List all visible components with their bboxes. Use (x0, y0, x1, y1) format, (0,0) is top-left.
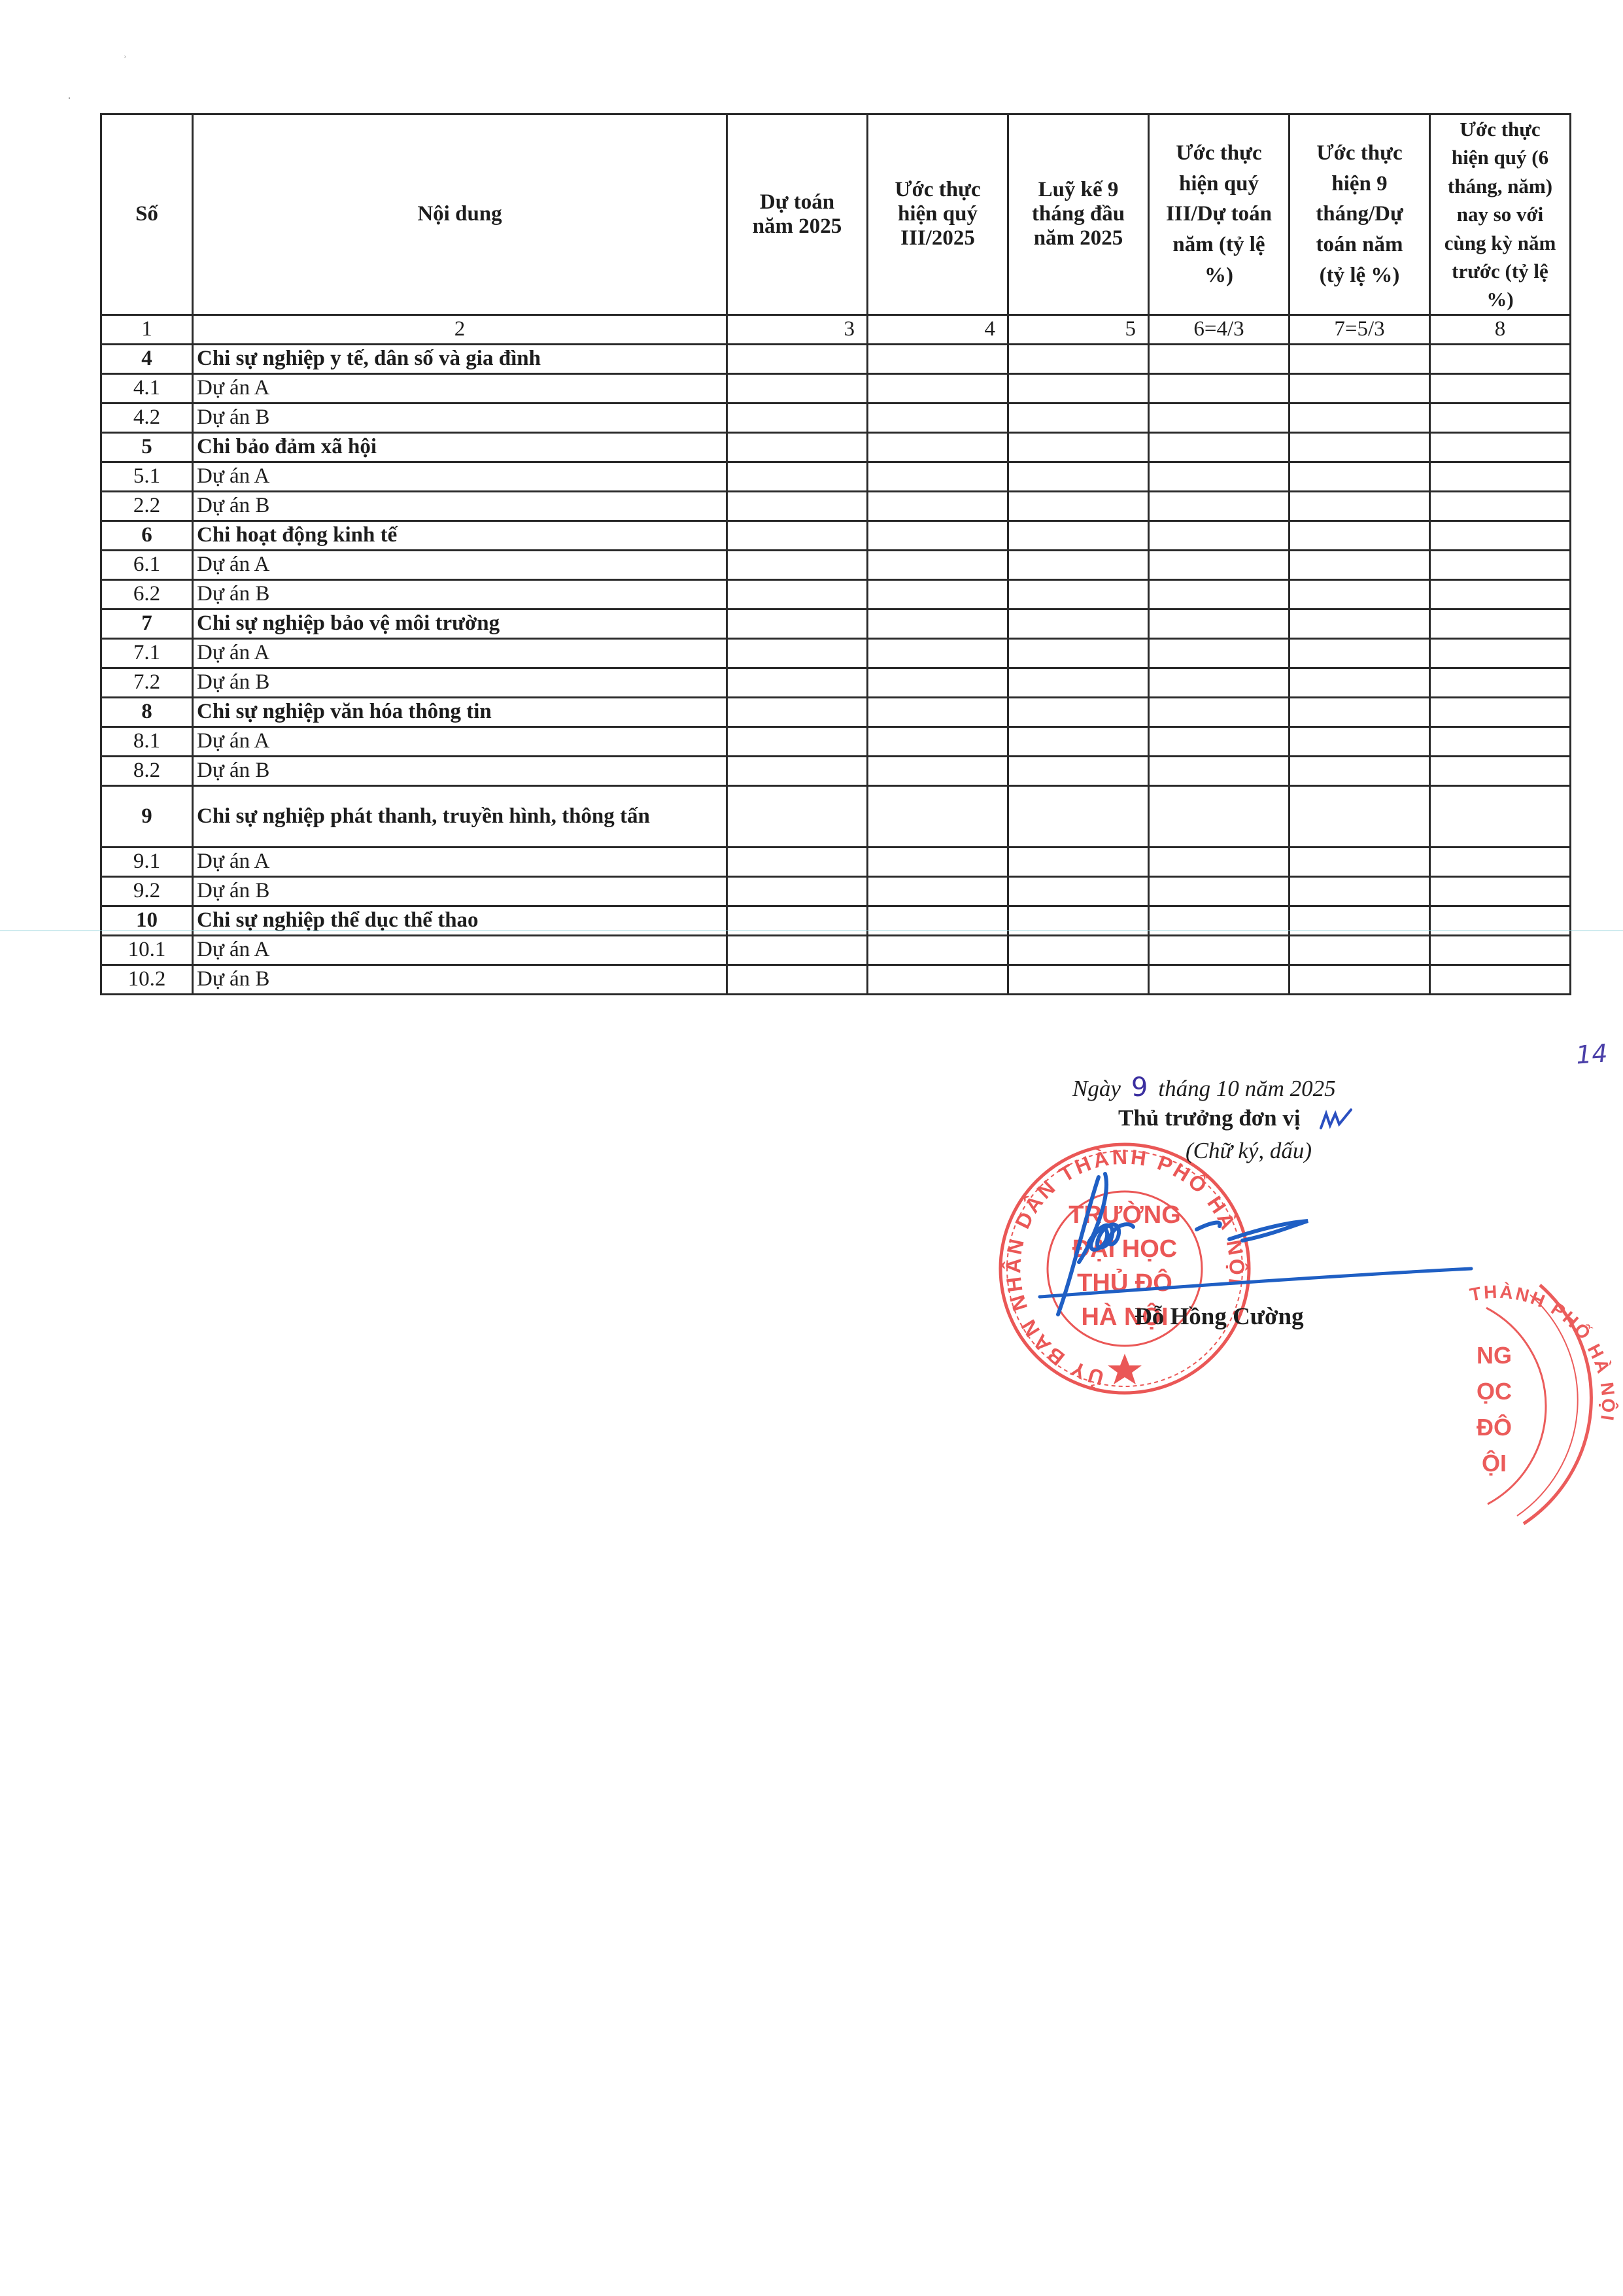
row-number: 6 (101, 521, 193, 550)
row-project: Dự án A (193, 462, 727, 491)
value-cell (1430, 638, 1571, 668)
date-day-handwritten: 9 (1121, 1072, 1158, 1103)
row-category: Chi sự nghiệp văn hóa thông tin (193, 697, 727, 727)
header-ty-le-quy-du-toan: Ước thựchiện quýIII/Dự toánnăm (tỷ lệ%) (1149, 114, 1290, 315)
value-cell (1008, 462, 1149, 491)
table-row: 6.2Dự án B (101, 579, 1571, 609)
value-cell (727, 609, 868, 638)
initials-mark-icon (1321, 1110, 1351, 1128)
value-cell (1430, 668, 1571, 697)
value-cell (1430, 373, 1571, 403)
value-cell (1290, 344, 1430, 373)
value-cell (868, 935, 1008, 965)
value-cell (868, 727, 1008, 756)
value-cell (1149, 432, 1290, 462)
value-cell (868, 965, 1008, 994)
value-cell (868, 756, 1008, 785)
header-so: Số (101, 114, 193, 315)
value-cell (868, 432, 1008, 462)
value-cell (1008, 668, 1149, 697)
value-cell (1430, 491, 1571, 521)
column-index: 2 (193, 315, 727, 344)
value-cell (1149, 609, 1290, 638)
column-index: 6=4/3 (1149, 315, 1290, 344)
value-cell (727, 876, 868, 906)
value-cell (1430, 965, 1571, 994)
row-project: Dự án A (193, 638, 727, 668)
value-cell (1149, 403, 1290, 432)
table-row: 6Chi hoạt động kinh tế (101, 521, 1571, 550)
value-cell (1149, 550, 1290, 579)
table-row: 4Chi sự nghiệp y tế, dân số và gia đình (101, 344, 1571, 373)
partial-stamp-icon: THÀNH PHỐ HÀ NỘI NGỌCĐÔỘI (1468, 1282, 1619, 1524)
signer-title: Thủ trưởng đơn vị (1118, 1105, 1301, 1131)
value-cell (868, 521, 1008, 550)
signature-date: Ngày9tháng 10 năm 2025 (1072, 1072, 1336, 1103)
value-cell (1149, 373, 1290, 403)
date-prefix: Ngày (1072, 1076, 1121, 1101)
value-cell (1430, 847, 1571, 876)
svg-text:ỦY BAN NHÂN DÂN THÀNH PHỐ HÀ N: ỦY BAN NHÂN DÂN THÀNH PHỐ HÀ NỘI (1001, 1145, 1248, 1390)
table-row: 5Chi bảo đảm xã hội (101, 432, 1571, 462)
value-cell (1149, 638, 1290, 668)
value-cell (868, 609, 1008, 638)
row-project: Dự án B (193, 579, 727, 609)
row-number: 2.2 (101, 491, 193, 521)
value-cell (1290, 785, 1430, 847)
column-index-row: 1 2 3 4 5 6=4/3 7=5/3 8 (101, 315, 1571, 344)
value-cell (1149, 727, 1290, 756)
table-row: 7.1Dự án A (101, 638, 1571, 668)
value-cell (1149, 521, 1290, 550)
column-index: 8 (1430, 315, 1571, 344)
row-number: 10.2 (101, 965, 193, 994)
row-project: Dự án B (193, 876, 727, 906)
value-cell (1290, 727, 1430, 756)
row-number: 4.2 (101, 403, 193, 432)
value-cell (1430, 403, 1571, 432)
table-row: 4.1Dự án A (101, 373, 1571, 403)
header-ty-le-cung-ky: Ước thựchiện quý (6tháng, năm)nay so với… (1430, 114, 1571, 315)
value-cell (868, 550, 1008, 579)
row-project: Dự án B (193, 491, 727, 521)
column-index: 7=5/3 (1290, 315, 1430, 344)
table-row: 9Chi sự nghiệp phát thanh, truyền hình, … (101, 785, 1571, 847)
value-cell (1149, 344, 1290, 373)
value-cell (727, 550, 868, 579)
row-category: Chi sự nghiệp bảo vệ môi trường (193, 609, 727, 638)
handwritten-signature-icon (1040, 1174, 1471, 1314)
row-project: Dự án B (193, 668, 727, 697)
value-cell (1290, 403, 1430, 432)
table-row: 4.2Dự án B (101, 403, 1571, 432)
value-cell (727, 965, 868, 994)
row-project: Dự án A (193, 727, 727, 756)
row-number: 8.1 (101, 727, 193, 756)
value-cell (1290, 491, 1430, 521)
value-cell (1290, 373, 1430, 403)
table-row: 9.2Dự án B (101, 876, 1571, 906)
row-number: 7.2 (101, 668, 193, 697)
row-number: 9.2 (101, 876, 193, 906)
value-cell (1008, 638, 1149, 668)
value-cell (1149, 756, 1290, 785)
row-project: Dự án B (193, 965, 727, 994)
table-row: 8.2Dự án B (101, 756, 1571, 785)
row-project: Dự án A (193, 847, 727, 876)
value-cell (727, 403, 868, 432)
value-cell (1008, 785, 1149, 847)
value-cell (1008, 521, 1149, 550)
value-cell (727, 521, 868, 550)
table-row: 8Chi sự nghiệp văn hóa thông tin (101, 697, 1571, 727)
value-cell (1430, 785, 1571, 847)
value-cell (1430, 344, 1571, 373)
row-category: Chi bảo đảm xã hội (193, 432, 727, 462)
value-cell (727, 697, 868, 727)
value-cell (1290, 550, 1430, 579)
row-project: Dự án B (193, 403, 727, 432)
row-number: 9 (101, 785, 193, 847)
stamp-star-icon (1108, 1354, 1142, 1384)
value-cell (1008, 756, 1149, 785)
column-index: 1 (101, 315, 193, 344)
value-cell (1290, 432, 1430, 462)
header-ty-le-9-thang-du-toan: Ước thựchiện 9tháng/Dựtoán năm(tỷ lệ %) (1290, 114, 1430, 315)
scan-speck: · (67, 92, 71, 105)
value-cell (868, 847, 1008, 876)
value-cell (1430, 609, 1571, 638)
row-number: 6.1 (101, 550, 193, 579)
value-cell (1290, 638, 1430, 668)
header-noi-dung: Nội dung (193, 114, 727, 315)
signature-note: (Chữ ký, dấu) (1186, 1138, 1312, 1164)
table-row: 5.1Dự án A (101, 462, 1571, 491)
row-project: Dự án A (193, 373, 727, 403)
value-cell (868, 491, 1008, 521)
value-cell (727, 756, 868, 785)
date-suffix: tháng 10 năm 2025 (1158, 1076, 1335, 1101)
budget-report-table: Số Nội dung Dự toánnăm 2025 Ước thựchiện… (100, 113, 1571, 995)
row-number: 10.1 (101, 935, 193, 965)
value-cell (727, 785, 868, 847)
column-index: 3 (727, 315, 868, 344)
value-cell (868, 462, 1008, 491)
value-cell (868, 876, 1008, 906)
value-cell (727, 462, 868, 491)
row-project: Dự án A (193, 550, 727, 579)
value-cell (1430, 521, 1571, 550)
value-cell (1149, 876, 1290, 906)
value-cell (868, 785, 1008, 847)
official-stamp-icon: ỦY BAN NHÂN DÂN THÀNH PHỐ HÀ NỘI TRƯỜNGĐ… (1000, 1144, 1249, 1393)
value-cell (1290, 609, 1430, 638)
value-cell (727, 727, 868, 756)
svg-text:THÀNH PHỐ HÀ NỘI: THÀNH PHỐ HÀ NỘI (1468, 1282, 1619, 1424)
value-cell (868, 697, 1008, 727)
value-cell (727, 638, 868, 668)
value-cell (1430, 727, 1571, 756)
table-row: 7.2Dự án B (101, 668, 1571, 697)
value-cell (1008, 344, 1149, 373)
scan-artifact-line (0, 930, 1623, 931)
value-cell (1430, 550, 1571, 579)
value-cell (1290, 668, 1430, 697)
table-header-row: Số Nội dung Dự toánnăm 2025 Ước thựchiện… (101, 114, 1571, 315)
value-cell (1008, 965, 1149, 994)
row-project: Dự án A (193, 935, 727, 965)
row-category: Chi hoạt động kinh tế (193, 521, 727, 550)
row-number: 5.1 (101, 462, 193, 491)
row-number: 7.1 (101, 638, 193, 668)
value-cell (1290, 697, 1430, 727)
table-row: 8.1Dự án A (101, 727, 1571, 756)
table-row: 10.1Dự án A (101, 935, 1571, 965)
row-category: Chi sự nghiệp y tế, dân số và gia đình (193, 344, 727, 373)
row-number: 4 (101, 344, 193, 373)
value-cell (868, 579, 1008, 609)
value-cell (727, 935, 868, 965)
row-project: Dự án B (193, 756, 727, 785)
value-cell (1149, 935, 1290, 965)
table-row: 6.1Dự án A (101, 550, 1571, 579)
value-cell (1290, 935, 1430, 965)
value-cell (868, 373, 1008, 403)
row-number: 9.1 (101, 847, 193, 876)
scan-speck: ʾ (123, 54, 127, 67)
value-cell (1008, 491, 1149, 521)
signer-name: Đỗ Hồng Cường (1135, 1303, 1304, 1331)
value-cell (1149, 965, 1290, 994)
value-cell (1290, 462, 1430, 491)
table-row: 2.2Dự án B (101, 491, 1571, 521)
value-cell (1290, 579, 1430, 609)
row-number: 6.2 (101, 579, 193, 609)
handwritten-page-number: 14 (1575, 1038, 1609, 1069)
value-cell (727, 579, 868, 609)
column-index: 5 (1008, 315, 1149, 344)
value-cell (1290, 965, 1430, 994)
value-cell (1008, 847, 1149, 876)
value-cell (1290, 521, 1430, 550)
value-cell (1149, 668, 1290, 697)
value-cell (1149, 491, 1290, 521)
value-cell (1008, 432, 1149, 462)
value-cell (1149, 579, 1290, 609)
value-cell (727, 373, 868, 403)
value-cell (1290, 876, 1430, 906)
value-cell (868, 638, 1008, 668)
value-cell (1008, 373, 1149, 403)
row-number: 8.2 (101, 756, 193, 785)
value-cell (868, 344, 1008, 373)
value-cell (1008, 609, 1149, 638)
value-cell (1430, 432, 1571, 462)
value-cell (1008, 579, 1149, 609)
value-cell (1290, 847, 1430, 876)
value-cell (1008, 727, 1149, 756)
value-cell (1008, 403, 1149, 432)
header-luy-ke-9-thang: Luỹ kế 9tháng đầunăm 2025 (1008, 114, 1149, 315)
header-uoc-thuc-hien-quy: Ước thựchiện quýIII/2025 (868, 114, 1008, 315)
value-cell (727, 344, 868, 373)
row-number: 7 (101, 609, 193, 638)
value-cell (1008, 935, 1149, 965)
svg-text:NGỌCĐÔỘI: NGỌCĐÔỘI (1477, 1342, 1512, 1477)
value-cell (1008, 697, 1149, 727)
value-cell (868, 403, 1008, 432)
row-category: Chi sự nghiệp phát thanh, truyền hình, t… (193, 785, 727, 847)
value-cell (1430, 579, 1571, 609)
table-row: 10.2Dự án B (101, 965, 1571, 994)
value-cell (1149, 697, 1290, 727)
value-cell (1430, 756, 1571, 785)
value-cell (868, 668, 1008, 697)
value-cell (1149, 847, 1290, 876)
column-index: 4 (868, 315, 1008, 344)
value-cell (727, 847, 868, 876)
row-number: 4.1 (101, 373, 193, 403)
value-cell (727, 668, 868, 697)
value-cell (1430, 462, 1571, 491)
value-cell (727, 491, 868, 521)
value-cell (1430, 697, 1571, 727)
value-cell (1008, 876, 1149, 906)
header-du-toan: Dự toánnăm 2025 (727, 114, 868, 315)
value-cell (1430, 935, 1571, 965)
value-cell (1149, 785, 1290, 847)
row-number: 5 (101, 432, 193, 462)
value-cell (1290, 756, 1430, 785)
value-cell (727, 432, 868, 462)
table-row: 9.1Dự án A (101, 847, 1571, 876)
value-cell (1008, 550, 1149, 579)
row-number: 8 (101, 697, 193, 727)
value-cell (1149, 462, 1290, 491)
value-cell (1430, 876, 1571, 906)
table-row: 7Chi sự nghiệp bảo vệ môi trường (101, 609, 1571, 638)
